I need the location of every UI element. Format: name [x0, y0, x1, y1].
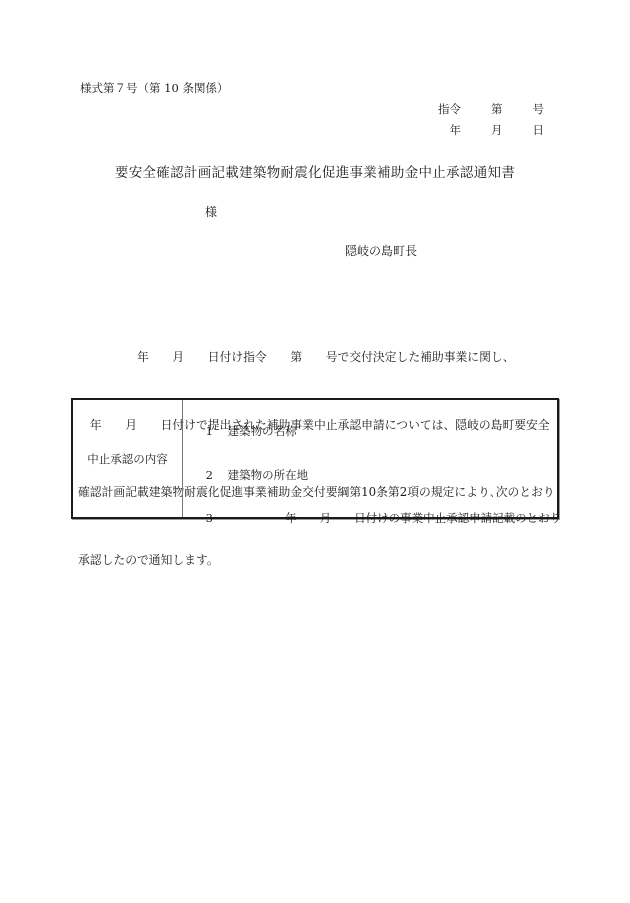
approval-content-table: 中止承認の内容 1建築物の名称 2建築物の所在地 3 年 月 日付けの事業中止承…	[71, 398, 559, 519]
reference-number-row: 指令 第 号	[438, 101, 544, 117]
form-number-label: 様式第７号（第 10 条関係）	[80, 80, 228, 96]
table-item-building-location: 2建築物の所在地	[191, 453, 308, 497]
number-suffix-label: 号	[533, 101, 545, 117]
table-header-label: 中止承認の内容	[87, 451, 168, 467]
document-title: 要安全確認計画記載建築物耐震化促進事業補助金中止承認通知書	[0, 161, 630, 181]
year-label: 年	[450, 122, 462, 138]
table-header-cell: 中止承認の内容	[73, 400, 183, 517]
item-text: 建築物の名称	[228, 424, 297, 438]
number-prefix-label: 第	[491, 101, 503, 117]
item-number: 2	[206, 468, 228, 482]
directive-label: 指令	[438, 101, 461, 117]
body-line-4: 承認したので通知します。	[78, 549, 555, 572]
sender-name: 隠岐の島町長	[345, 242, 417, 259]
table-item-building-name: 1建築物の名称	[191, 409, 297, 453]
month-label: 月	[491, 122, 503, 138]
item-text: 建築物の所在地	[228, 468, 309, 482]
day-label: 日	[533, 122, 545, 138]
table-item-application-reference: 3 年 月 日付けの事業中止承認申請記載のとおり	[191, 496, 561, 540]
body-line-1: 年 月 日付け指令 第 号で交付決定した補助事業に関し、	[78, 346, 555, 369]
item-number: 3	[206, 511, 228, 525]
date-row: 年 月 日	[450, 122, 545, 138]
item-text: 年 月 日付けの事業中止承認申請記載のとおり	[228, 511, 562, 525]
addressee-suffix: 様	[205, 203, 217, 220]
item-number: 1	[206, 424, 228, 438]
